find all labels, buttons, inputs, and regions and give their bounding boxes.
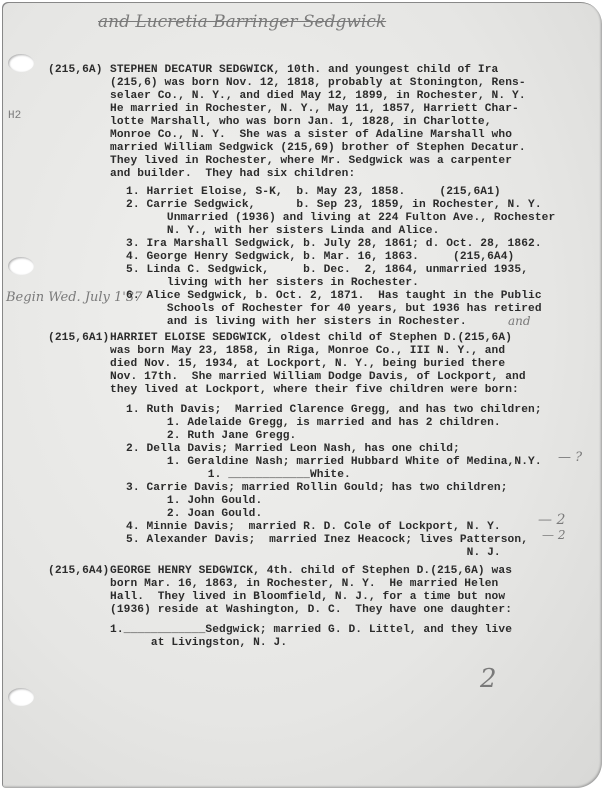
child-item: 1. Geraldine Nash; married Hubbard White…	[126, 456, 542, 468]
child-item: 1.____________Sedgwick; married G. D. Li…	[110, 624, 512, 636]
entry2-line: was born May 23, 1858, in Riga, Monroe C…	[110, 345, 505, 357]
entry-ref-215-6A4: (215,6A4)	[48, 565, 109, 577]
entry1-line: (215,6) was born Nov. 12, 1818, probably…	[110, 77, 526, 89]
entry1-line: STEPHEN DECATUR SEDGWICK, 10th. and youn…	[110, 64, 498, 76]
margin-note-h2: H2	[8, 110, 21, 122]
entry2-line: they lived at Lockport, where their five…	[110, 384, 519, 396]
child-item: 1. Adelaide Gregg, is married and has 2 …	[126, 417, 501, 429]
punch-hole	[8, 257, 34, 275]
child-item: 2. Joan Gould.	[126, 508, 262, 520]
entry3-line: born Mar. 16, 1863, in Rochester, N. Y. …	[110, 578, 498, 590]
child-item: N. Y., with her sisters Linda and Alice.	[126, 225, 439, 237]
entry1-line: selaer Co., N. Y., and died May 12, 1899…	[110, 90, 526, 102]
entry1-line: lotte Marshall, who was born Jan. 1, 182…	[110, 116, 492, 128]
child-item: N. J.	[126, 547, 501, 559]
handwritten-top-note: and Lucretia Barringer Sedgwick	[98, 12, 386, 32]
child-item: 3. Carrie Davis; married Rollin Gould; h…	[126, 482, 508, 494]
entry3-line: GEORGE HENRY SEDGWICK, 4th. child of Ste…	[110, 565, 512, 577]
child-item: 2. Carrie Sedgwick, b. Sep 23, 1859, in …	[126, 199, 542, 211]
child-item: 3. Ira Marshall Sedgwick, b. July 28, 18…	[126, 238, 542, 250]
entry1-line: married William Sedgwick (215,69) brothe…	[110, 142, 526, 154]
child-item: and is living with her sisters in Roches…	[126, 316, 467, 328]
margin-mark: 2	[480, 664, 497, 694]
entry3-line: Hall. They lived in Bloomfield, N. J., f…	[110, 591, 505, 603]
child-item: living with her sisters in Rochester.	[126, 277, 419, 289]
child-item: 5. Alexander Davis; married Inez Heacock…	[126, 534, 528, 546]
entry2-line: Nov. 17th. She married William Dodge Dav…	[110, 371, 526, 383]
margin-note-begin: Begin Wed. July 1'37	[6, 290, 142, 305]
entry-ref-215-6A1: (215,6A1)	[48, 332, 109, 344]
child-item: 5. Linda C. Sedgwick, b. Dec. 2, 1864, u…	[126, 264, 528, 276]
child-item: 1. John Gould.	[126, 495, 262, 507]
child-item: 1. Ruth Davis; Married Clarence Gregg, a…	[126, 404, 542, 416]
punch-hole	[8, 688, 34, 706]
child-item: 2. Ruth Jane Gregg.	[126, 430, 296, 442]
child-item: 4. George Henry Sedgwick, b. Mar. 16, 18…	[126, 251, 514, 263]
child-item: 6. Alice Sedgwick, b. Oct. 2, 1871. Has …	[126, 290, 542, 302]
entry3-line: (1936) reside at Washington, D. C. They …	[110, 604, 512, 616]
child-item: Unmarried (1936) and living at 224 Fulto…	[126, 212, 555, 224]
entry1-line: and builder. They had six children:	[110, 168, 355, 180]
child-item: at Livingston, N. J.	[110, 637, 287, 649]
entry2-line: HARRIET ELOISE SEDGWICK, oldest child of…	[110, 332, 512, 344]
margin-mark: — ?	[558, 450, 582, 465]
child-item: 2. Della Davis; Married Leon Nash, has o…	[126, 443, 460, 455]
child-item: 1. ____________White.	[126, 469, 351, 481]
child-item: 4. Minnie Davis; married R. D. Cole of L…	[126, 521, 501, 533]
margin-mark: — 2	[542, 528, 565, 542]
entry2-line: died Nov. 15, 1934, at Lockport, N. Y., …	[110, 358, 505, 370]
margin-mark: — 2	[538, 512, 565, 528]
entry1-line: Monroe Co., N. Y. She was a sister of Ad…	[110, 129, 512, 141]
entry1-line: He married in Rochester, N. Y., May 11, …	[110, 103, 519, 115]
entry1-line: They lived in Rochester, where Mr. Sedgw…	[110, 155, 512, 167]
child-item: 1. Harriet Eloise, S-K, b. May 23, 1858.…	[126, 186, 501, 198]
punch-hole	[8, 54, 34, 72]
entry-ref-215-6A: (215,6A)	[48, 64, 103, 76]
document-page: and Lucretia Barringer Sedgwick H2 Begin…	[2, 2, 602, 788]
child-item: Schools of Rochester for 40 years, but 1…	[126, 303, 542, 315]
margin-note-and: and	[508, 314, 531, 328]
